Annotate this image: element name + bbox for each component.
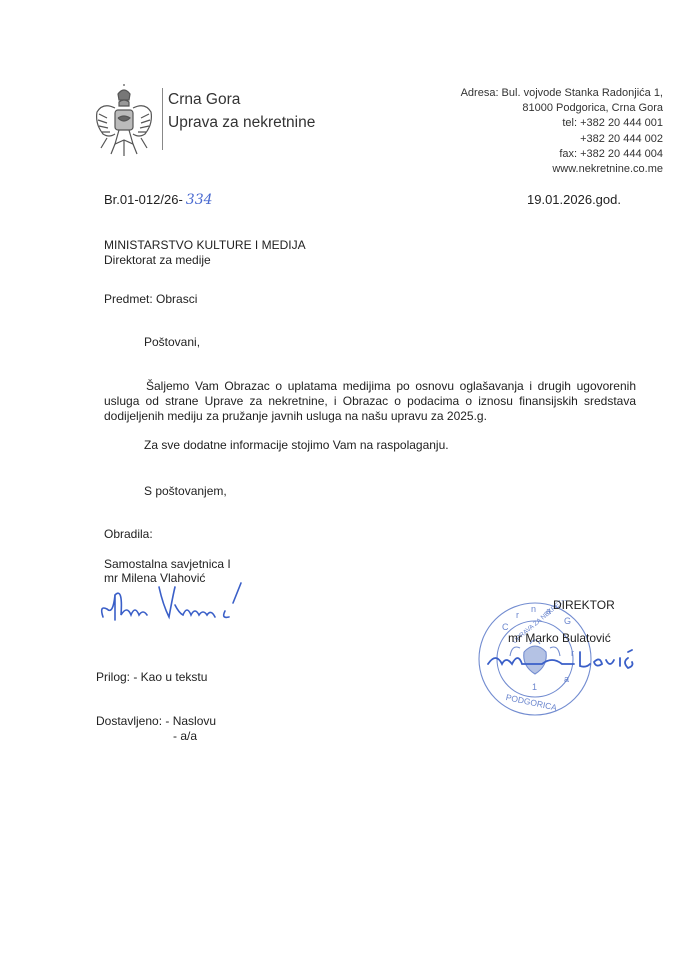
delivered-line-2: - a/a	[96, 729, 216, 744]
recipient-directorate: Direktorat za medije	[104, 253, 306, 268]
preparer-title: Samostalna savjetnica I	[104, 557, 231, 571]
svg-text:G: G	[564, 616, 571, 626]
contact-website: www.nekretnine.co.me	[461, 162, 663, 177]
coat-of-arms-icon	[93, 84, 155, 160]
svg-text:1: 1	[532, 682, 537, 692]
preparer-signature-icon	[93, 575, 253, 625]
contact-tel-2: +382 20 444 002	[461, 132, 663, 147]
greeting: Poštovani,	[144, 335, 200, 349]
contact-city: 81000 Podgorica, Crna Gora	[461, 101, 663, 116]
attachment-line: Prilog: - Kao u tekstu	[96, 670, 207, 684]
document-date: 19.01.2026.god.	[527, 192, 621, 207]
contact-block: Adresa: Bul. vojvode Stanka Radonjića 1,…	[461, 86, 663, 177]
org-country: Crna Gora	[168, 91, 240, 109]
body-paragraph-2: Za sve dodatne informacije stojimo Vam n…	[104, 438, 636, 453]
recipient-ministry: MINISTARSTVO KULTURE I MEDIJA	[104, 238, 306, 253]
reference-handwritten: 334	[186, 192, 213, 208]
subject-line: Predmet: Obrasci	[104, 292, 197, 306]
contact-address: Adresa: Bul. vojvode Stanka Radonjića 1,	[461, 86, 663, 101]
svg-text:n: n	[531, 604, 536, 614]
contact-tel-1: tel: +382 20 444 001	[461, 116, 663, 131]
body-paragraph-1: Šaljemo Vam Obrazac o uplatama medijima …	[104, 379, 636, 424]
org-name: Uprava za nekretnine	[168, 114, 315, 132]
svg-text:r: r	[516, 610, 519, 620]
prepared-by-label: Obradila:	[104, 527, 153, 541]
contact-fax: fax: +382 20 444 004	[461, 147, 663, 162]
delivered-line-1: Dostavljeno: - Naslovu	[96, 714, 216, 729]
header-divider	[162, 88, 163, 150]
reference-prefix: Br.01-012/26-	[104, 192, 183, 207]
delivered-block: Dostavljeno: - Naslovu - a/a	[96, 714, 216, 744]
director-signature-icon	[482, 642, 642, 677]
letter-body: Šaljemo Vam Obrazac o uplatama medijima …	[104, 379, 636, 453]
closing: S poštovanjem,	[144, 484, 227, 498]
svg-text:PODGORICA: PODGORICA	[505, 692, 558, 713]
signatory-title: DIREKTOR	[553, 598, 615, 612]
recipient-block: MINISTARSTVO KULTURE I MEDIJA Direktorat…	[104, 238, 306, 268]
reference-number: Br.01-012/26-334	[104, 192, 213, 208]
